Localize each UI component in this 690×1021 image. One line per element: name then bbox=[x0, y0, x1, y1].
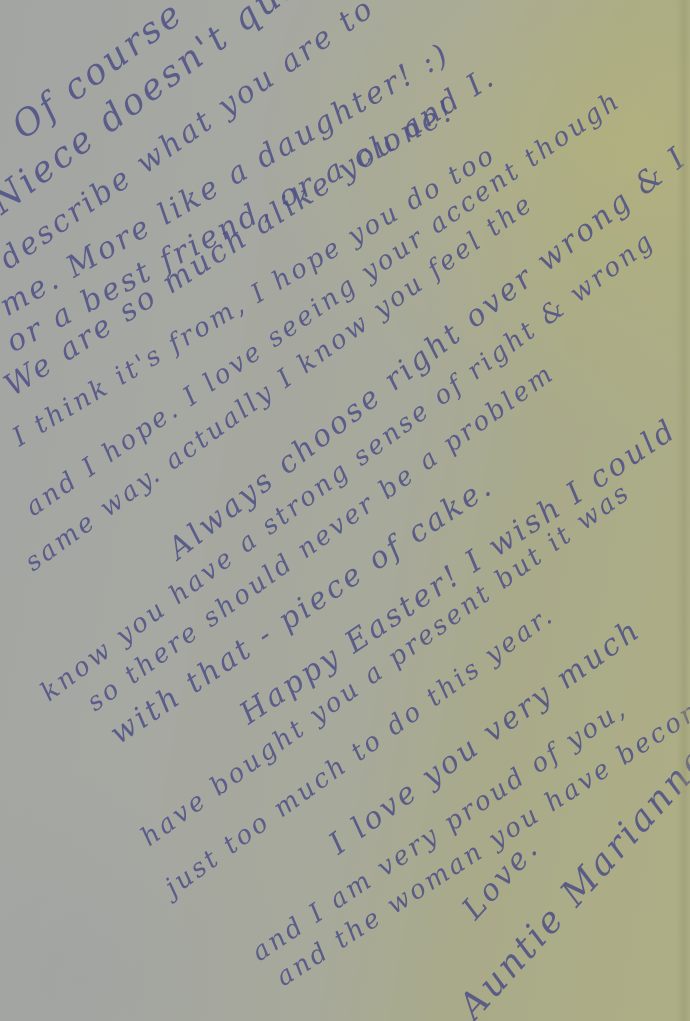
handwritten-letter-photo: Of course Niece doesn't quite describe w… bbox=[0, 0, 690, 1021]
